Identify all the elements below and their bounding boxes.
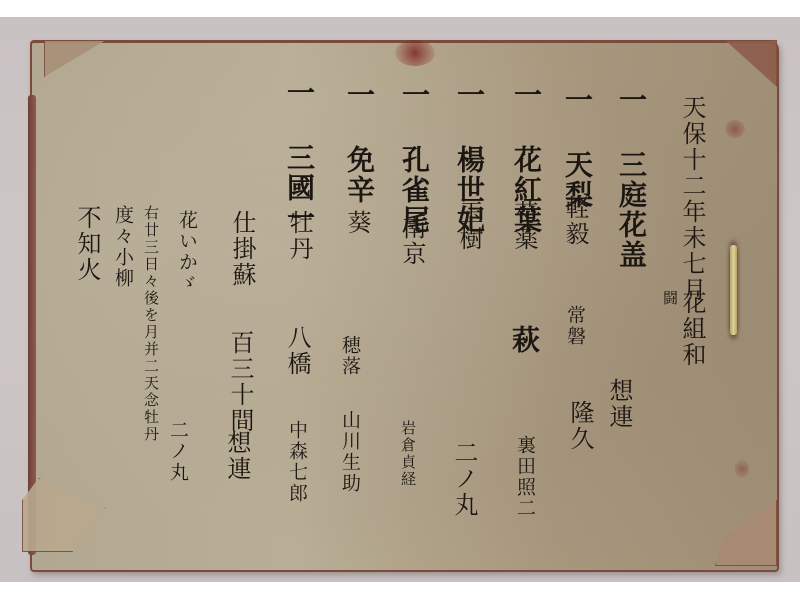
subtitle-note: 闘: [662, 290, 677, 307]
entry-author: 想連: [607, 378, 631, 430]
entry-extra: 八橋: [285, 325, 309, 377]
entry-author: 隆久: [568, 400, 592, 452]
entry-note: 南京: [400, 215, 424, 267]
footnote: 不知火: [75, 205, 99, 283]
footnote-sub: 二ノ丸: [168, 420, 187, 483]
entry-author: 岩倉貞経: [400, 420, 415, 488]
footnote: 花いかゞ: [177, 210, 196, 294]
entry-item: 一 孔雀尾: [400, 80, 428, 235]
entry-item: 仕掛蘇: [230, 210, 254, 288]
entry-note: 玉樹: [457, 200, 481, 252]
stain-right: [725, 120, 745, 138]
subtitle: 花組和: [680, 290, 704, 368]
entry-note: 葵: [345, 210, 369, 236]
entry-item: 一 免辛: [345, 80, 373, 205]
red-stain-top: [395, 40, 435, 66]
entry-author: 中森七郎: [287, 420, 306, 504]
entry-item: 一 天梨: [563, 85, 591, 210]
entry-note: 百三十間: [228, 330, 252, 434]
entry-extra: 萩: [510, 325, 538, 355]
stain-lower-right: [735, 460, 749, 478]
footnote: 度々小柳: [113, 205, 132, 289]
date-title: 天保十二年未七月: [680, 95, 704, 303]
entry-item: 一 三庭花盖: [617, 85, 645, 270]
entry-note: 牡丹: [287, 210, 311, 262]
entry-author: 山川生助: [340, 410, 359, 494]
entry-author: 想連: [225, 430, 249, 482]
entry-note: 軽毅: [563, 195, 587, 247]
entry-extra: 穂落: [340, 335, 359, 377]
footnote: 右廿三日々後を月并二天念牡丹: [143, 205, 158, 443]
entry-author: 裏田照二: [515, 435, 534, 519]
binding-string: [730, 245, 737, 335]
entry-note: 芍薬: [512, 200, 536, 252]
entry-author: 二ノ丸: [452, 440, 476, 518]
entry-extra: 常磐: [565, 305, 584, 347]
